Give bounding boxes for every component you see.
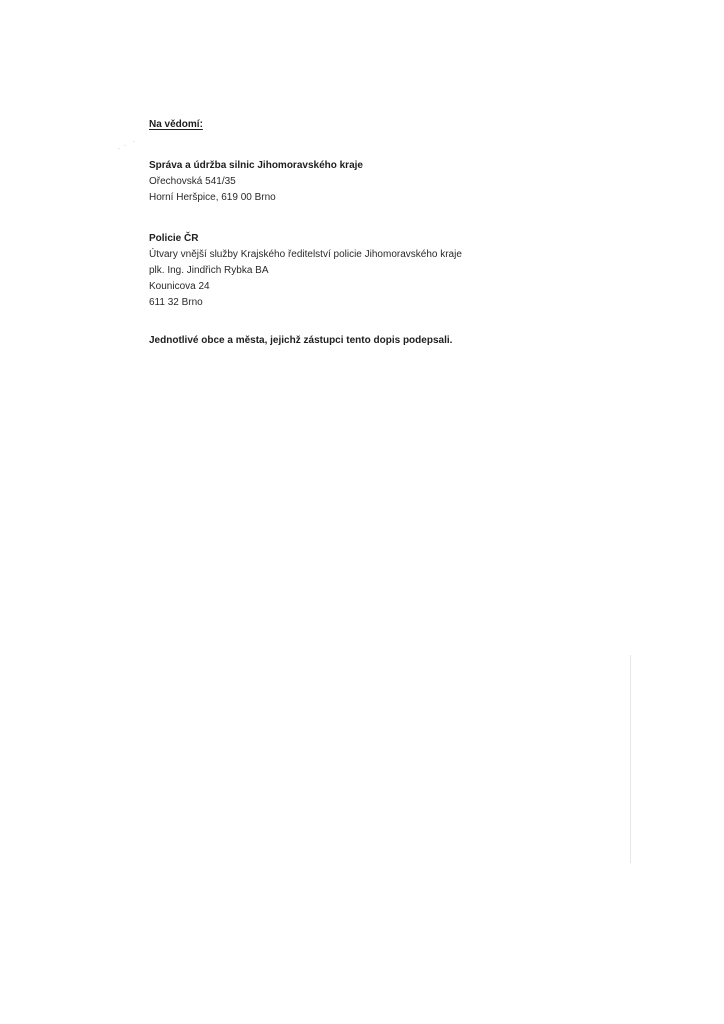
scan-speck [124,145,126,146]
recipient-address-line: plk. Ing. Jindřich Rybka BA [149,263,462,279]
cc-heading-block: Na vědomí: [149,117,203,133]
recipient-address-line: Ořechovská 541/35 [149,174,363,190]
recipient-name: Policie ČR [149,231,462,247]
document-page: Na vědomí: Správa a údržba silnic Jihomo… [0,0,724,1024]
scan-speck [118,148,120,149]
scan-speck [133,141,135,142]
cc-heading: Na vědomí: [149,117,203,133]
recipient-address-line: 611 32 Brno [149,295,462,311]
recipient-policie: Policie ČR Útvary vnější služby Krajskéh… [149,231,462,311]
scan-artifact-line [630,655,631,863]
closing-block: Jednotlivé obce a města, jejichž zástupc… [149,333,452,349]
closing-text: Jednotlivé obce a města, jejichž zástupc… [149,333,452,349]
recipient-address-line: Útvary vnější služby Krajského ředitelst… [149,247,462,263]
recipient-name: Správa a údržba silnic Jihomoravského kr… [149,158,363,174]
recipient-address-line: Horní Heršpice, 619 00 Brno [149,190,363,206]
recipient-ssjmk: Správa a údržba silnic Jihomoravského kr… [149,158,363,206]
recipient-address-line: Kounicova 24 [149,279,462,295]
